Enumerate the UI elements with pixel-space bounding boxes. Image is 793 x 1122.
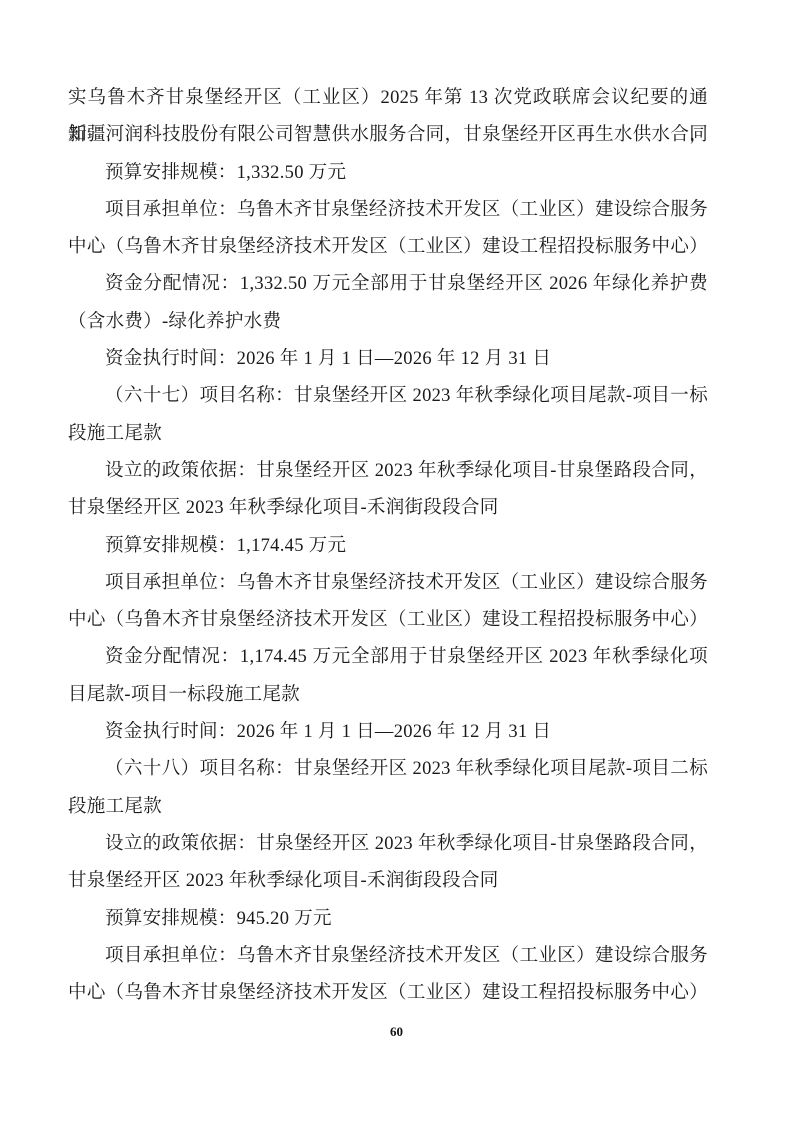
page-number: 60 <box>0 1024 793 1040</box>
text-line: 预算安排规模：1,332.50 万元 <box>68 155 708 192</box>
text-line: 甘泉堡经开区 2023 年秋季绿化项目-禾润街段段合同 <box>68 490 708 527</box>
text-line: 甘泉堡经开区 2023 年秋季绿化项目-禾润街段段合同 <box>68 863 708 900</box>
text-line: 资金执行时间：2026 年 1 月 1 日—2026 年 12 月 31 日 <box>68 341 708 378</box>
text-line: （六十七）项目名称：甘泉堡经开区 2023 年秋季绿化项目尾款-项目一标 <box>68 378 708 415</box>
text-line: 中心（乌鲁木齐甘泉堡经济技术开发区（工业区）建设工程招投标服务中心） <box>68 229 708 266</box>
text-line: 设立的政策依据：甘泉堡经开区 2023 年秋季绿化项目-甘泉堡路段合同， <box>68 826 708 863</box>
text-line: 资金执行时间：2026 年 1 月 1 日—2026 年 12 月 31 日 <box>68 714 708 751</box>
document-body-text: 实乌鲁木齐甘泉堡经开区（工业区）2025 年第 13 次党政联席会议纪要的通知，… <box>68 80 708 1012</box>
text-line: 段施工尾款 <box>68 416 708 453</box>
text-line: 段施工尾款 <box>68 789 708 826</box>
text-line: 项目承担单位：乌鲁木齐甘泉堡经济技术开发区（工业区）建设综合服务 <box>68 565 708 602</box>
text-line: 新疆河润科技股份有限公司智慧供水服务合同，甘泉堡经开区再生水供水合同 <box>68 117 708 154</box>
text-line: （六十八）项目名称：甘泉堡经开区 2023 年秋季绿化项目尾款-项目二标 <box>68 751 708 788</box>
text-line: 预算安排规模：1,174.45 万元 <box>68 528 708 565</box>
text-line: 预算安排规模：945.20 万元 <box>68 901 708 938</box>
text-line: 资金分配情况：1,332.50 万元全部用于甘泉堡经开区 2026 年绿化养护费 <box>68 266 708 303</box>
text-line: 资金分配情况：1,174.45 万元全部用于甘泉堡经开区 2023 年秋季绿化项 <box>68 639 708 676</box>
text-line: 项目承担单位：乌鲁木齐甘泉堡经济技术开发区（工业区）建设综合服务 <box>68 192 708 229</box>
text-line: 中心（乌鲁木齐甘泉堡经济技术开发区（工业区）建设工程招投标服务中心） <box>68 602 708 639</box>
text-line: 中心（乌鲁木齐甘泉堡经济技术开发区（工业区）建设工程招投标服务中心） <box>68 975 708 1012</box>
text-line: 设立的政策依据：甘泉堡经开区 2023 年秋季绿化项目-甘泉堡路段合同， <box>68 453 708 490</box>
text-line: 项目承担单位：乌鲁木齐甘泉堡经济技术开发区（工业区）建设综合服务 <box>68 938 708 975</box>
text-line: （含水费）-绿化养护水费 <box>68 304 708 341</box>
document-page: 实乌鲁木齐甘泉堡经开区（工业区）2025 年第 13 次党政联席会议纪要的通知，… <box>0 0 793 1122</box>
text-line: 实乌鲁木齐甘泉堡经开区（工业区）2025 年第 13 次党政联席会议纪要的通知， <box>68 80 708 117</box>
text-line: 目尾款-项目一标段施工尾款 <box>68 677 708 714</box>
